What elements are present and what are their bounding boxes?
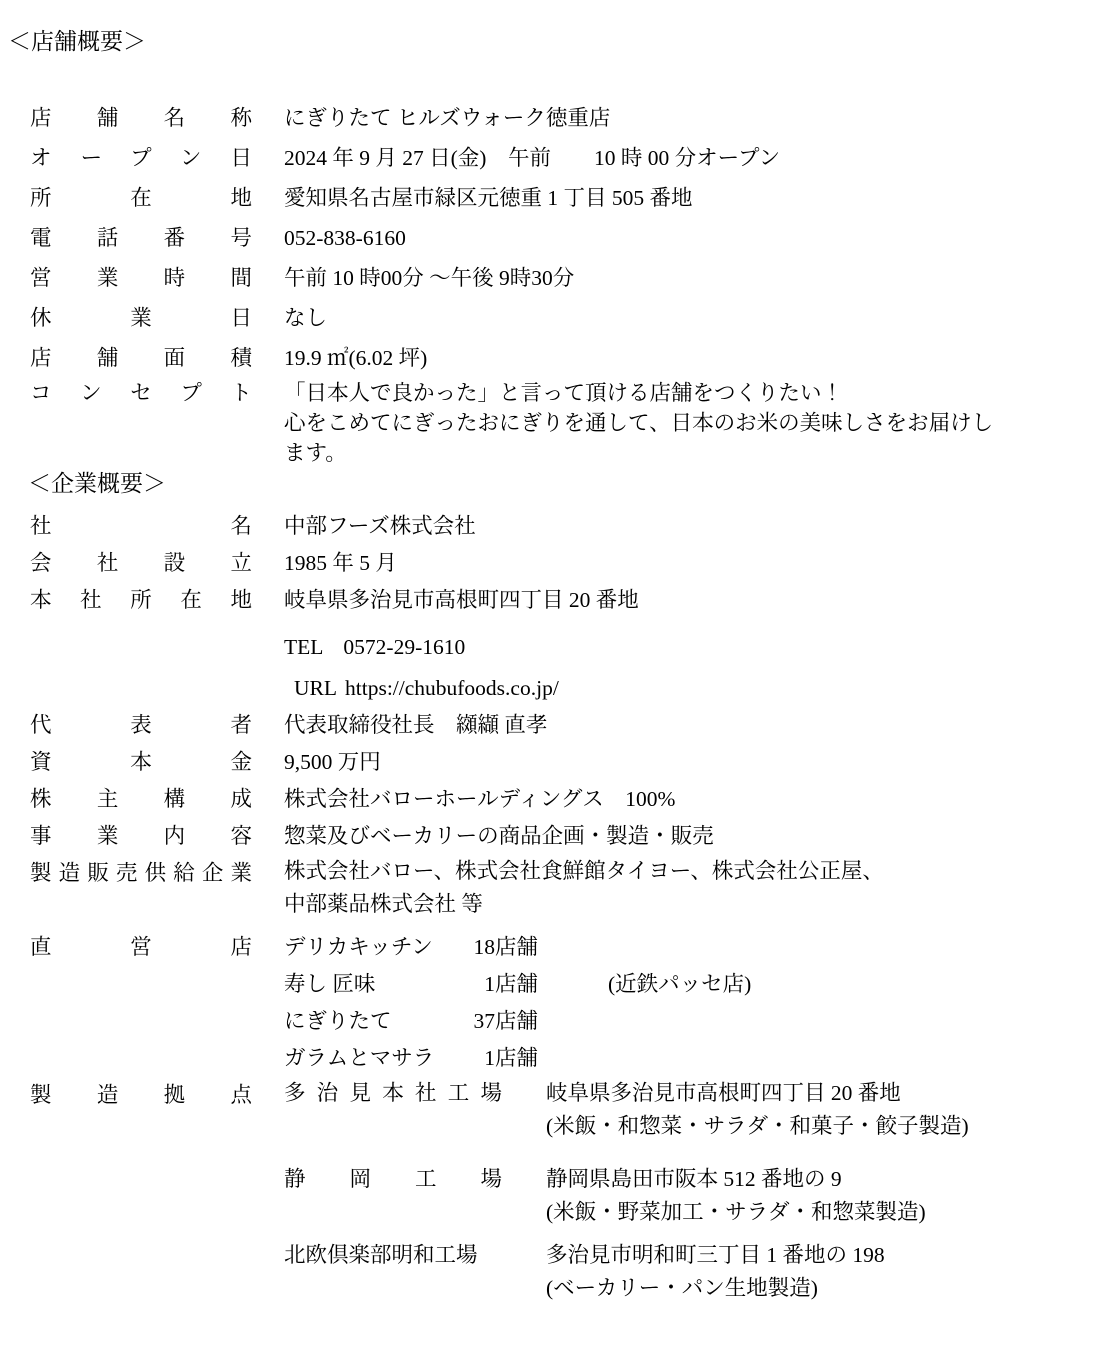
store-phone-label: 電話番号 <box>30 218 252 258</box>
brand-name: デリカキッチン <box>284 929 458 966</box>
supply-companies-label: 製造販売供給企業 <box>30 855 252 892</box>
company-name-label: 社名 <box>30 508 252 545</box>
established-value: 1985 年 5 月 <box>284 545 397 582</box>
concept-label: コンセプト <box>30 378 252 408</box>
factory-products: (米飯・野菜加工・サラダ・和惣菜製造) <box>546 1196 926 1229</box>
established-row: 会社設立 1985 年 5 月 <box>8 545 1072 582</box>
url-address: https://chubufoods.co.jp/ <box>345 676 559 700</box>
production-sites-row: 製造拠点 多治見本社工場 岐阜県多治見市高根町四丁目 20 番地 (米飯・和惣菜… <box>8 1077 1072 1305</box>
capital-label: 資本金 <box>30 744 252 781</box>
company-tel-value: TEL0572-29-1610 <box>284 629 465 666</box>
tel-number: 0572-29-1610 <box>343 635 465 659</box>
factory-item: 静岡工場 静岡県島田市阪本 512 番地の 9 (米飯・野菜加工・サラダ・和惣菜… <box>284 1163 969 1229</box>
store-count: 18店舗 <box>458 929 538 966</box>
concept-line-1: 「日本人で良かった」と言って頂ける店舗をつくりたい！ <box>284 378 993 408</box>
capital-value: 9,500 万円 <box>284 744 381 781</box>
floor-area-row: 店舗面積 19.9 ㎡(6.02 坪) <box>8 338 1072 378</box>
store-overview-heading: ＜店舗概要＞ <box>8 26 1072 58</box>
list-item: デリカキッチン 18店舗 <box>284 929 751 966</box>
store-note: (近鉄パッセ店) <box>608 966 751 1003</box>
factory-item: 多治見本社工場 岐阜県多治見市高根町四丁目 20 番地 (米飯・和惣菜・サラダ・… <box>284 1077 969 1143</box>
company-name-value: 中部フーズ株式会社 <box>284 508 476 545</box>
store-address-value: 愛知県名古屋市緑区元徳重 1 丁目 505 番地 <box>284 178 693 218</box>
document-page: ＜店舗概要＞ 店舗名称 にぎりたて ヒルズウォーク徳重店 オープン日 2024 … <box>0 0 1102 1305</box>
concept-row: コンセプト 「日本人で良かった」と言って頂ける店舗をつくりたい！ 心をこめてにぎ… <box>8 378 1072 468</box>
representative-value: 代表取締役社長 纐纈 直孝 <box>284 707 547 744</box>
closed-days-label: 休業日 <box>30 298 252 338</box>
company-tel-row: TEL0572-29-1610 <box>8 629 1072 666</box>
supply-companies-value: 株式会社バロー、株式会社食鮮館タイヨー、株式会社公正屋、 中部薬品株式会社 等 <box>284 855 884 921</box>
head-office-row: 本社所在地 岐阜県多治見市高根町四丁目 20 番地 <box>8 582 1072 619</box>
store-overview-table: 店舗名称 にぎりたて ヒルズウォーク徳重店 オープン日 2024 年 9 月 2… <box>8 98 1072 468</box>
store-name-label: 店舗名称 <box>30 98 252 138</box>
shareholders-label: 株主構成 <box>30 781 252 818</box>
company-overview-heading: ＜企業概要＞ <box>28 468 1072 500</box>
company-name-row: 社名 中部フーズ株式会社 <box>8 508 1072 545</box>
business-description-value: 惣菜及びベーカリーの商品企画・製造・販売 <box>284 818 714 855</box>
representative-label: 代表者 <box>30 707 252 744</box>
shareholders-row: 株主構成 株式会社バローホールディングス 100% <box>8 781 1072 818</box>
factory-name: 静岡工場 <box>284 1163 502 1196</box>
production-sites-label: 製造拠点 <box>30 1077 252 1114</box>
store-phone-row: 電話番号 052-838-6160 <box>8 218 1072 258</box>
store-name-row: 店舗名称 にぎりたて ヒルズウォーク徳重店 <box>8 98 1072 138</box>
head-office-label: 本社所在地 <box>30 582 252 619</box>
open-date-value: 2024 年 9 月 27 日(金) 午前 10 時 00 分オープン <box>284 138 780 178</box>
store-phone-value: 052-838-6160 <box>284 218 406 258</box>
list-item: ガラムとマサラ 1店舗 <box>284 1040 751 1077</box>
established-label: 会社設立 <box>30 545 252 582</box>
open-date-label: オープン日 <box>30 138 252 178</box>
brand-name: にぎりたて <box>284 1003 458 1040</box>
company-url-value: URLhttps://chubufoods.co.jp/ <box>294 670 559 707</box>
factory-item: 北欧倶楽部明和工場 多治見市明和町三丁目 1 番地の 198 (ベーカリー・パン… <box>284 1239 969 1305</box>
business-description-label: 事業内容 <box>30 818 252 855</box>
supply-companies-line-1: 株式会社バロー、株式会社食鮮館タイヨー、株式会社公正屋、 <box>284 855 884 888</box>
open-date-row: オープン日 2024 年 9 月 27 日(金) 午前 10 時 00 分オープ… <box>8 138 1072 178</box>
supply-companies-line-2: 中部薬品株式会社 等 <box>284 888 884 921</box>
capital-row: 資本金 9,500 万円 <box>8 744 1072 781</box>
factory-name: 多治見本社工場 <box>284 1077 502 1110</box>
head-office-value: 岐阜県多治見市高根町四丁目 20 番地 <box>284 582 639 619</box>
factory-products: (ベーカリー・パン生地製造) <box>546 1272 885 1305</box>
brand-name: 寿し 匠味 <box>284 966 458 1003</box>
business-hours-value: 午前 10 時00分 ～午後 9時30分 <box>284 258 574 298</box>
factory-name: 北欧倶楽部明和工場 <box>284 1239 502 1272</box>
store-count: 1店舗 <box>458 1040 538 1077</box>
store-name-value: にぎりたて ヒルズウォーク徳重店 <box>284 98 610 138</box>
factory-detail: 多治見市明和町三丁目 1 番地の 198 (ベーカリー・パン生地製造) <box>546 1239 885 1305</box>
store-address-row: 所在地 愛知県名古屋市緑区元徳重 1 丁目 505 番地 <box>8 178 1072 218</box>
factory-address: 多治見市明和町三丁目 1 番地の 198 <box>546 1239 885 1272</box>
business-hours-row: 営業時間 午前 10 時00分 ～午後 9時30分 <box>8 258 1072 298</box>
business-hours-label: 営業時間 <box>30 258 252 298</box>
factory-detail: 静岡県島田市阪本 512 番地の 9 (米飯・野菜加工・サラダ・和惣菜製造) <box>546 1163 926 1229</box>
list-item: にぎりたて 37店舗 <box>284 1003 751 1040</box>
representative-row: 代表者 代表取締役社長 纐纈 直孝 <box>8 707 1072 744</box>
floor-area-value: 19.9 ㎡(6.02 坪) <box>284 338 427 378</box>
direct-stores-list: デリカキッチン 18店舗 寿し 匠味 1店舗 (近鉄パッセ店) にぎりたて 37… <box>284 929 751 1077</box>
direct-stores-label: 直営店 <box>30 929 252 966</box>
factory-address: 静岡県島田市阪本 512 番地の 9 <box>546 1163 926 1196</box>
store-count: 1店舗 <box>458 966 538 1003</box>
direct-stores-row: 直営店 デリカキッチン 18店舗 寿し 匠味 1店舗 (近鉄パッセ店) にぎりた… <box>8 929 1072 1077</box>
concept-line-3: ます。 <box>284 438 993 468</box>
list-item: 寿し 匠味 1店舗 (近鉄パッセ店) <box>284 966 751 1003</box>
factory-address: 岐阜県多治見市高根町四丁目 20 番地 <box>546 1077 969 1110</box>
factory-products: (米飯・和惣菜・サラダ・和菓子・餃子製造) <box>546 1110 969 1143</box>
business-description-row: 事業内容 惣菜及びベーカリーの商品企画・製造・販売 <box>8 818 1072 855</box>
tel-prefix: TEL <box>284 635 323 659</box>
concept-value: 「日本人で良かった」と言って頂ける店舗をつくりたい！ 心をこめてにぎったおにぎり… <box>284 378 993 468</box>
company-url-row: URLhttps://chubufoods.co.jp/ <box>8 670 1072 707</box>
shareholders-value: 株式会社バローホールディングス 100% <box>284 781 675 818</box>
floor-area-label: 店舗面積 <box>30 338 252 378</box>
company-overview-table: 社名 中部フーズ株式会社 会社設立 1985 年 5 月 本社所在地 岐阜県多治… <box>8 508 1072 1305</box>
supply-companies-row: 製造販売供給企業 株式会社バロー、株式会社食鮮館タイヨー、株式会社公正屋、 中部… <box>8 855 1072 921</box>
factory-detail: 岐阜県多治見市高根町四丁目 20 番地 (米飯・和惣菜・サラダ・和菓子・餃子製造… <box>546 1077 969 1143</box>
brand-name: ガラムとマサラ <box>284 1040 458 1077</box>
url-prefix: URL <box>294 676 337 700</box>
closed-days-row: 休業日 なし <box>8 298 1072 338</box>
closed-days-value: なし <box>284 298 327 338</box>
concept-line-2: 心をこめてにぎったおにぎりを通して、日本のお米の美味しさをお届けし <box>284 408 993 438</box>
store-count: 37店舗 <box>458 1003 538 1040</box>
store-address-label: 所在地 <box>30 178 252 218</box>
production-sites-list: 多治見本社工場 岐阜県多治見市高根町四丁目 20 番地 (米飯・和惣菜・サラダ・… <box>284 1077 969 1305</box>
